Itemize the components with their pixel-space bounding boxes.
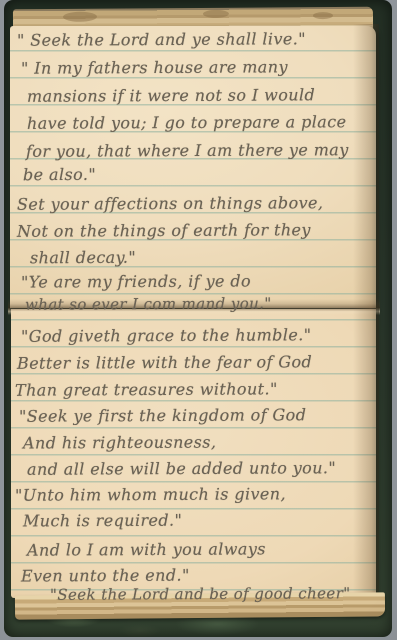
handwriting-line: Better is little with the fear of God (17, 351, 312, 374)
handwriting-line: Set your affections on things above, (17, 192, 323, 215)
paper-stain (63, 12, 97, 22)
handwriting-line: Much is required." (23, 510, 182, 532)
handwriting-line: "Unto him whom much is given, (15, 483, 286, 505)
handwriting-line: "God giveth grace to the humble." (21, 324, 312, 347)
handwriting-line: Even unto the end." (21, 565, 190, 587)
paper-stain (203, 10, 229, 18)
handwriting-line: " In my fathers house are many (21, 56, 288, 78)
handwriting-line: Than great treasures without." (15, 378, 278, 400)
handwriting-line: shall decay." (30, 247, 136, 269)
handwriting-line: " Seek the Lord and ye shall live." (17, 28, 306, 51)
handwriting-line: for you, that where I am there ye may (26, 139, 349, 162)
handwriting-line: And lo I am with you always (27, 538, 266, 560)
page-gutter-shadow (353, 24, 379, 602)
handwriting-line: "Seek ye first the kingdom of God (19, 404, 306, 427)
handwriting-line: and all else will be added unto you." (27, 457, 336, 480)
handwriting-line: be also." (23, 164, 96, 185)
handwriting-line: "Seek the Lord and be of good cheer" (50, 583, 351, 606)
handwriting-line: what so ever I com mand you." (25, 293, 272, 315)
handwriting-line: have told you; I go to prepare a place (27, 111, 347, 134)
handwriting-line: mansions if it were not so I would (27, 84, 315, 107)
handwriting-line: Not on the things of earth for they (17, 219, 311, 242)
handwriting-line: "Ye are my friends, if ye do (21, 270, 251, 292)
handwriting-line: And his righteousness, (23, 431, 216, 453)
notebook-photo: " Seek the Lord and ye shall live." " In… (0, 0, 397, 640)
paper-stain (313, 12, 333, 19)
